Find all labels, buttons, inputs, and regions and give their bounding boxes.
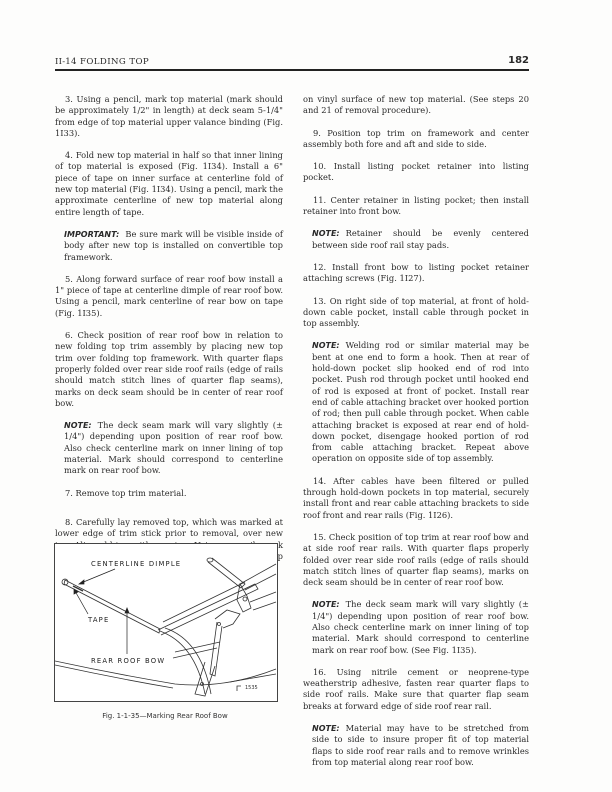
section-number: II-14 xyxy=(55,57,77,67)
note-label: IMPORTANT: xyxy=(64,230,119,239)
step-15: 15. Check position of top trim at rear r… xyxy=(303,532,529,588)
note-label: NOTE: xyxy=(312,724,340,733)
note-label: NOTE: xyxy=(64,421,92,430)
document-page: II-14 FOLDING TOP 182 3. Using a pencil,… xyxy=(0,0,612,792)
note-deck-seam: NOTE:The deck seam mark will vary slight… xyxy=(64,420,283,476)
label-centerline-dimple: CENTERLINE DIMPLE xyxy=(91,560,181,568)
page-number: 182 xyxy=(508,55,529,66)
note-welding-rod: NOTE:Welding rod or similar material may… xyxy=(312,340,529,464)
label-tape: TAPE xyxy=(88,616,109,624)
note-retainer: NOTE:Retainer should be evenly centered … xyxy=(312,228,529,251)
step-14: 14. After cables have been filtered or p… xyxy=(303,476,529,521)
section-title: FOLDING TOP xyxy=(80,57,149,67)
step-5: 5. Along forward surface of rear roof bo… xyxy=(55,274,283,319)
figure-id: 1535 xyxy=(245,685,258,691)
note-label: NOTE: xyxy=(312,600,340,609)
note-deck-seam-2: NOTE:The deck seam mark will vary slight… xyxy=(312,599,529,655)
step-9: 9. Position top trim on framework and ce… xyxy=(303,128,529,151)
step-16: 16. Using nitrile cement or neoprene-typ… xyxy=(303,667,529,712)
right-column: on vinyl surface of new top material. (S… xyxy=(303,94,529,779)
label-rear-roof-bow: REAR ROOF BOW xyxy=(91,657,165,665)
step-12: 12. Install front bow to listing pocket … xyxy=(303,262,529,285)
important-note: IMPORTANT:Be sure mark will be visible i… xyxy=(64,229,283,263)
note-label: NOTE: xyxy=(312,229,340,238)
note-stretch-material: NOTE:Material may have to be stretched f… xyxy=(312,723,529,768)
note-label: NOTE: xyxy=(312,341,340,350)
left-column: 3. Using a pencil, mark top material (ma… xyxy=(55,94,283,584)
step-7: 7. Remove top trim material. xyxy=(55,488,283,499)
step-8-continued: on vinyl surface of new top material. (S… xyxy=(303,94,529,117)
step-6: 6. Check position of rear roof bow in re… xyxy=(55,330,283,409)
step-3: 3. Using a pencil, mark top material (ma… xyxy=(55,94,283,139)
header-rule xyxy=(55,69,529,71)
step-10: 10. Install listing pocket retainer into… xyxy=(303,161,529,184)
step-4: 4. Fold new top material in half so that… xyxy=(55,150,283,218)
figure-rear-roof-bow: CENTERLINE DIMPLE TAPE REAR ROOF BOW 153… xyxy=(54,543,278,702)
step-11: 11. Center retainer in listing pocket; t… xyxy=(303,195,529,218)
step-13: 13. On right side of top material, at fr… xyxy=(303,296,529,330)
figure-caption: Fig. 1-1-35—Marking Rear Roof Bow xyxy=(54,712,276,720)
